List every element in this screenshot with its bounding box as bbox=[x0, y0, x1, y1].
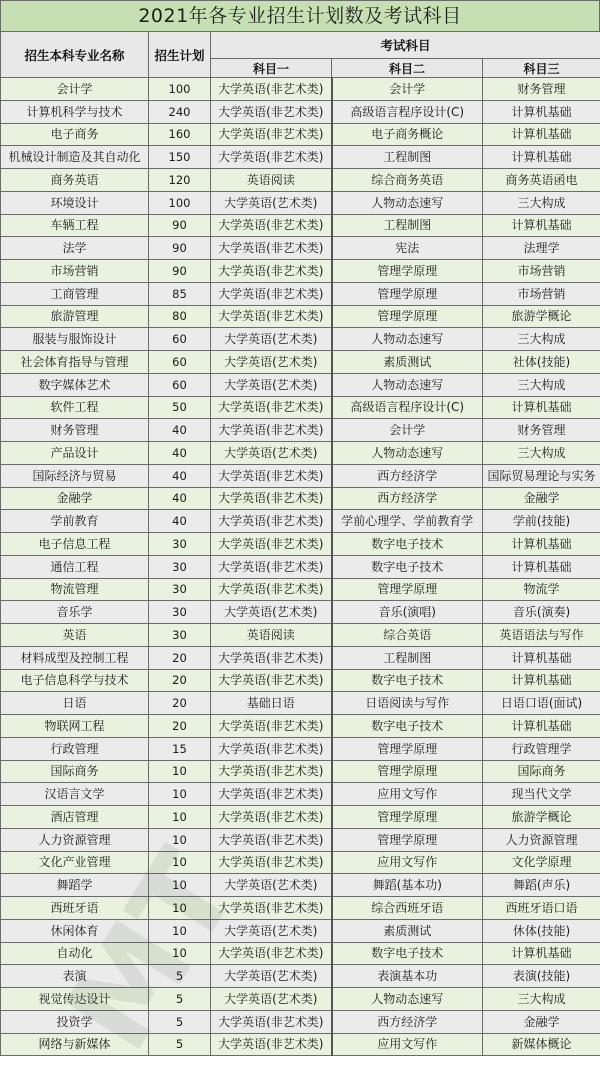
cell-plan: 20 bbox=[149, 646, 211, 669]
cell-subject-2: 数字电子技术 bbox=[332, 669, 483, 692]
cell-subject-1: 大学英语(非艺术类) bbox=[211, 214, 332, 237]
cell-subject-2: 人物动态速写 bbox=[332, 442, 483, 465]
table-row: 人力资源管理10大学英语(非艺术类)管理学原理人力资源管理 bbox=[1, 828, 600, 851]
cell-subject-1: 大学英语(非艺术类) bbox=[211, 669, 332, 692]
cell-subject-2: 管理学原理 bbox=[332, 305, 483, 328]
cell-subject-3: 休体(技能) bbox=[483, 919, 600, 942]
cell-major: 市场营销 bbox=[1, 260, 149, 283]
cell-subject-1: 大学英语(非艺术类) bbox=[211, 305, 332, 328]
cell-subject-2: 工程制图 bbox=[332, 146, 483, 169]
cell-subject-3: 市场营销 bbox=[483, 282, 600, 305]
cell-subject-1: 大学英语(非艺术类) bbox=[211, 646, 332, 669]
cell-major: 物流管理 bbox=[1, 578, 149, 601]
cell-subject-1: 大学英语(艺术类) bbox=[211, 442, 332, 465]
cell-major: 自动化 bbox=[1, 942, 149, 965]
cell-plan: 40 bbox=[149, 510, 211, 533]
cell-major: 电子商务 bbox=[1, 123, 149, 146]
table-row: 音乐学30大学英语(艺术类)音乐(演唱)音乐(演奏) bbox=[1, 601, 600, 624]
table-row: 文化产业管理10大学英语(非艺术类)应用文写作文化学原理 bbox=[1, 851, 600, 874]
cell-plan: 150 bbox=[149, 146, 211, 169]
cell-subject-3: 市场营销 bbox=[483, 260, 600, 283]
cell-subject-2: 综合商务英语 bbox=[332, 169, 483, 192]
cell-plan: 160 bbox=[149, 123, 211, 146]
table-row: 材料成型及控制工程20大学英语(非艺术类)工程制图计算机基础 bbox=[1, 646, 600, 669]
cell-subject-1: 大学英语(艺术类) bbox=[211, 988, 332, 1011]
cell-subject-1: 大学英语(非艺术类) bbox=[211, 487, 332, 510]
cell-major: 汉语言文学 bbox=[1, 783, 149, 806]
cell-major: 社会体育指导与管理 bbox=[1, 351, 149, 374]
cell-plan: 60 bbox=[149, 351, 211, 374]
table-row: 软件工程50大学英语(非艺术类)高级语言程序设计(C)计算机基础 bbox=[1, 396, 600, 419]
cell-subject-3: 三大构成 bbox=[483, 442, 600, 465]
cell-plan: 100 bbox=[149, 191, 211, 214]
cell-subject-3: 文化学原理 bbox=[483, 851, 600, 874]
cell-major: 电子信息科学与技术 bbox=[1, 669, 149, 692]
cell-subject-3: 计算机基础 bbox=[483, 555, 600, 578]
cell-subject-3: 国际商务 bbox=[483, 760, 600, 783]
cell-major: 车辆工程 bbox=[1, 214, 149, 237]
cell-subject-2: 素质测试 bbox=[332, 919, 483, 942]
cell-subject-3: 计算机基础 bbox=[483, 942, 600, 965]
table-row: 行政管理15大学英语(非艺术类)管理学原理行政管理学 bbox=[1, 737, 600, 760]
table-body: 会计学100大学英语(非艺术类)会计学财务管理计算机科学与技术240大学英语(非… bbox=[1, 78, 600, 1056]
cell-plan: 10 bbox=[149, 874, 211, 897]
cell-subject-2: 数字电子技术 bbox=[332, 715, 483, 738]
cell-subject-3: 计算机基础 bbox=[483, 646, 600, 669]
cell-subject-1: 大学英语(非艺术类) bbox=[211, 282, 332, 305]
cell-subject-1: 大学英语(非艺术类) bbox=[211, 851, 332, 874]
cell-subject-2: 宪法 bbox=[332, 237, 483, 260]
cell-subject-3: 计算机基础 bbox=[483, 715, 600, 738]
cell-subject-1: 大学英语(非艺术类) bbox=[211, 897, 332, 920]
cell-subject-3: 旅游学概论 bbox=[483, 806, 600, 829]
cell-subject-3: 金融学 bbox=[483, 487, 600, 510]
table-row: 社会体育指导与管理60大学英语(艺术类)素质测试社体(技能) bbox=[1, 351, 600, 374]
cell-major: 行政管理 bbox=[1, 737, 149, 760]
cell-subject-2: 数字电子技术 bbox=[332, 942, 483, 965]
cell-major: 投资学 bbox=[1, 1010, 149, 1033]
cell-major: 学前教育 bbox=[1, 510, 149, 533]
table-row: 学前教育40大学英语(非艺术类)学前心理学、学前教育学学前(技能) bbox=[1, 510, 600, 533]
cell-plan: 60 bbox=[149, 373, 211, 396]
cell-plan: 60 bbox=[149, 328, 211, 351]
table-row: 车辆工程90大学英语(非艺术类)工程制图计算机基础 bbox=[1, 214, 600, 237]
cell-subject-2: 西方经济学 bbox=[332, 464, 483, 487]
cell-plan: 40 bbox=[149, 464, 211, 487]
cell-subject-2: 西方经济学 bbox=[332, 487, 483, 510]
cell-major: 网络与新媒体 bbox=[1, 1033, 149, 1056]
cell-subject-1: 大学英语(非艺术类) bbox=[211, 806, 332, 829]
cell-subject-1: 大学英语(艺术类) bbox=[211, 191, 332, 214]
cell-subject-3: 行政管理学 bbox=[483, 737, 600, 760]
cell-subject-2: 舞蹈(基本功) bbox=[332, 874, 483, 897]
cell-subject-2: 学前心理学、学前教育学 bbox=[332, 510, 483, 533]
header-major: 招生本科专业名称 bbox=[1, 32, 149, 78]
cell-subject-2: 管理学原理 bbox=[332, 282, 483, 305]
cell-plan: 20 bbox=[149, 692, 211, 715]
cell-subject-1: 大学英语(非艺术类) bbox=[211, 1010, 332, 1033]
cell-subject-3: 音乐(演奏) bbox=[483, 601, 600, 624]
cell-major: 环境设计 bbox=[1, 191, 149, 214]
table-row: 视觉传达设计5大学英语(艺术类)人物动态速写三大构成 bbox=[1, 988, 600, 1011]
cell-subject-2: 人物动态速写 bbox=[332, 328, 483, 351]
cell-subject-1: 大学英语(艺术类) bbox=[211, 965, 332, 988]
cell-major: 计算机科学与技术 bbox=[1, 100, 149, 123]
cell-plan: 50 bbox=[149, 396, 211, 419]
cell-plan: 30 bbox=[149, 624, 211, 647]
cell-subject-1: 大学英语(非艺术类) bbox=[211, 737, 332, 760]
header-plan: 招生计划 bbox=[149, 32, 211, 78]
table-row: 会计学100大学英语(非艺术类)会计学财务管理 bbox=[1, 78, 600, 101]
cell-subject-3: 三大构成 bbox=[483, 191, 600, 214]
cell-plan: 20 bbox=[149, 715, 211, 738]
cell-subject-1: 大学英语(艺术类) bbox=[211, 874, 332, 897]
cell-major: 材料成型及控制工程 bbox=[1, 646, 149, 669]
cell-subject-1: 大学英语(非艺术类) bbox=[211, 464, 332, 487]
cell-subject-2: 数字电子技术 bbox=[332, 555, 483, 578]
table-header: 招生本科专业名称 招生计划 考试科目 科目一 科目二 科目三 bbox=[1, 32, 600, 78]
cell-subject-2: 管理学原理 bbox=[332, 260, 483, 283]
cell-subject-2: 高级语言程序设计(C) bbox=[332, 100, 483, 123]
cell-major: 物联网工程 bbox=[1, 715, 149, 738]
cell-subject-2: 管理学原理 bbox=[332, 828, 483, 851]
cell-subject-2: 音乐(演唱) bbox=[332, 601, 483, 624]
cell-plan: 20 bbox=[149, 669, 211, 692]
table-row: 环境设计100大学英语(艺术类)人物动态速写三大构成 bbox=[1, 191, 600, 214]
cell-subject-1: 大学英语(艺术类) bbox=[211, 919, 332, 942]
cell-subject-1: 大学英语(非艺术类) bbox=[211, 100, 332, 123]
cell-subject-3: 表演(技能) bbox=[483, 965, 600, 988]
cell-subject-3: 计算机基础 bbox=[483, 533, 600, 556]
cell-major: 工商管理 bbox=[1, 282, 149, 305]
table-row: 数字媒体艺术60大学英语(艺术类)人物动态速写三大构成 bbox=[1, 373, 600, 396]
cell-plan: 90 bbox=[149, 237, 211, 260]
cell-subject-3: 计算机基础 bbox=[483, 214, 600, 237]
cell-major: 舞蹈学 bbox=[1, 874, 149, 897]
table-row: 旅游管理80大学英语(非艺术类)管理学原理旅游学概论 bbox=[1, 305, 600, 328]
table-row: 服装与服饰设计60大学英语(艺术类)人物动态速写三大构成 bbox=[1, 328, 600, 351]
cell-plan: 40 bbox=[149, 419, 211, 442]
cell-subject-1: 大学英语(非艺术类) bbox=[211, 760, 332, 783]
cell-subject-3: 国际贸易理论与实务 bbox=[483, 464, 600, 487]
cell-subject-3: 日语口语(面试) bbox=[483, 692, 600, 715]
cell-subject-1: 大学英语(非艺术类) bbox=[211, 1033, 332, 1056]
table-row: 休闲体育10大学英语(艺术类)素质测试休体(技能) bbox=[1, 919, 600, 942]
cell-major: 酒店管理 bbox=[1, 806, 149, 829]
cell-subject-1: 大学英语(非艺术类) bbox=[211, 419, 332, 442]
cell-subject-2: 管理学原理 bbox=[332, 737, 483, 760]
cell-major: 文化产业管理 bbox=[1, 851, 149, 874]
page-title: 2021年各专业招生计划数及考试科目 bbox=[0, 0, 600, 31]
cell-subject-2: 西方经济学 bbox=[332, 1010, 483, 1033]
table-row: 工商管理85大学英语(非艺术类)管理学原理市场营销 bbox=[1, 282, 600, 305]
cell-subject-1: 大学英语(非艺术类) bbox=[211, 146, 332, 169]
cell-subject-2: 管理学原理 bbox=[332, 578, 483, 601]
cell-plan: 100 bbox=[149, 78, 211, 101]
cell-plan: 40 bbox=[149, 487, 211, 510]
cell-subject-2: 应用文写作 bbox=[332, 1033, 483, 1056]
cell-plan: 5 bbox=[149, 1033, 211, 1056]
cell-subject-1: 大学英语(非艺术类) bbox=[211, 555, 332, 578]
table-row: 日语20基础日语日语阅读与写作日语口语(面试) bbox=[1, 692, 600, 715]
cell-subject-3: 三大构成 bbox=[483, 988, 600, 1011]
cell-major: 人力资源管理 bbox=[1, 828, 149, 851]
cell-subject-2: 数字电子技术 bbox=[332, 533, 483, 556]
cell-subject-3: 社体(技能) bbox=[483, 351, 600, 374]
cell-plan: 30 bbox=[149, 601, 211, 624]
cell-plan: 5 bbox=[149, 1010, 211, 1033]
cell-subject-3: 计算机基础 bbox=[483, 396, 600, 419]
cell-subject-2: 应用文写作 bbox=[332, 783, 483, 806]
cell-subject-3: 旅游学概论 bbox=[483, 305, 600, 328]
table-row: 英语30英语阅读综合英语英语语法与写作 bbox=[1, 624, 600, 647]
cell-subject-2: 综合英语 bbox=[332, 624, 483, 647]
cell-subject-3: 英语语法与写作 bbox=[483, 624, 600, 647]
cell-subject-3: 商务英语函电 bbox=[483, 169, 600, 192]
cell-subject-1: 大学英语(非艺术类) bbox=[211, 510, 332, 533]
table-row: 表演5大学英语(艺术类)表演基本功表演(技能) bbox=[1, 965, 600, 988]
cell-major: 软件工程 bbox=[1, 396, 149, 419]
cell-subject-1: 大学英语(非艺术类) bbox=[211, 78, 332, 101]
cell-subject-1: 大学英语(艺术类) bbox=[211, 351, 332, 374]
cell-subject-1: 大学英语(非艺术类) bbox=[211, 260, 332, 283]
header-subject-1: 科目一 bbox=[211, 59, 332, 78]
cell-subject-3: 计算机基础 bbox=[483, 123, 600, 146]
cell-major: 通信工程 bbox=[1, 555, 149, 578]
cell-subject-3: 现当代文学 bbox=[483, 783, 600, 806]
cell-plan: 10 bbox=[149, 851, 211, 874]
table-row: 电子信息工程30大学英语(非艺术类)数字电子技术计算机基础 bbox=[1, 533, 600, 556]
cell-subject-2: 应用文写作 bbox=[332, 851, 483, 874]
cell-major: 电子信息工程 bbox=[1, 533, 149, 556]
cell-plan: 5 bbox=[149, 965, 211, 988]
cell-plan: 40 bbox=[149, 442, 211, 465]
cell-major: 国际商务 bbox=[1, 760, 149, 783]
cell-subject-2: 表演基本功 bbox=[332, 965, 483, 988]
cell-plan: 30 bbox=[149, 578, 211, 601]
cell-major: 金融学 bbox=[1, 487, 149, 510]
cell-subject-2: 工程制图 bbox=[332, 646, 483, 669]
cell-major: 音乐学 bbox=[1, 601, 149, 624]
cell-subject-3: 财务管理 bbox=[483, 78, 600, 101]
cell-subject-1: 英语阅读 bbox=[211, 624, 332, 647]
header-exam-subjects: 考试科目 bbox=[211, 32, 600, 59]
table-row: 产品设计40大学英语(艺术类)人物动态速写三大构成 bbox=[1, 442, 600, 465]
cell-major: 产品设计 bbox=[1, 442, 149, 465]
table-row: 物流管理30大学英语(非艺术类)管理学原理物流学 bbox=[1, 578, 600, 601]
cell-major: 旅游管理 bbox=[1, 305, 149, 328]
cell-subject-2: 人物动态速写 bbox=[332, 373, 483, 396]
cell-subject-1: 大学英语(非艺术类) bbox=[211, 578, 332, 601]
cell-subject-2: 电子商务概论 bbox=[332, 123, 483, 146]
cell-subject-2: 会计学 bbox=[332, 419, 483, 442]
cell-subject-3: 新媒体概论 bbox=[483, 1033, 600, 1056]
cell-subject-1: 大学英语(非艺术类) bbox=[211, 123, 332, 146]
cell-subject-1: 大学英语(非艺术类) bbox=[211, 396, 332, 419]
cell-subject-2: 工程制图 bbox=[332, 214, 483, 237]
table-row: 法学90大学英语(非艺术类)宪法法理学 bbox=[1, 237, 600, 260]
cell-plan: 15 bbox=[149, 737, 211, 760]
cell-major: 日语 bbox=[1, 692, 149, 715]
cell-subject-3: 计算机基础 bbox=[483, 100, 600, 123]
table-row: 电子商务160大学英语(非艺术类)电子商务概论计算机基础 bbox=[1, 123, 600, 146]
cell-subject-2: 会计学 bbox=[332, 78, 483, 101]
cell-plan: 10 bbox=[149, 806, 211, 829]
cell-subject-3: 法理学 bbox=[483, 237, 600, 260]
cell-subject-3: 三大构成 bbox=[483, 328, 600, 351]
cell-major: 服装与服饰设计 bbox=[1, 328, 149, 351]
table-row: 金融学40大学英语(非艺术类)西方经济学金融学 bbox=[1, 487, 600, 510]
table-row: 机械设计制造及其自动化150大学英语(非艺术类)工程制图计算机基础 bbox=[1, 146, 600, 169]
table-row: 投资学5大学英语(非艺术类)西方经济学金融学 bbox=[1, 1010, 600, 1033]
cell-major: 会计学 bbox=[1, 78, 149, 101]
cell-subject-1: 大学英语(艺术类) bbox=[211, 373, 332, 396]
cell-plan: 240 bbox=[149, 100, 211, 123]
cell-plan: 80 bbox=[149, 305, 211, 328]
table-row: 国际商务10大学英语(非艺术类)管理学原理国际商务 bbox=[1, 760, 600, 783]
cell-plan: 5 bbox=[149, 988, 211, 1011]
cell-plan: 10 bbox=[149, 919, 211, 942]
cell-subject-3: 人力资源管理 bbox=[483, 828, 600, 851]
cell-subject-1: 大学英语(艺术类) bbox=[211, 601, 332, 624]
cell-plan: 10 bbox=[149, 760, 211, 783]
cell-subject-2: 综合西班牙语 bbox=[332, 897, 483, 920]
cell-plan: 10 bbox=[149, 942, 211, 965]
cell-major: 数字媒体艺术 bbox=[1, 373, 149, 396]
cell-subject-2: 高级语言程序设计(C) bbox=[332, 396, 483, 419]
table-row: 财务管理40大学英语(非艺术类)会计学财务管理 bbox=[1, 419, 600, 442]
table-row: 舞蹈学10大学英语(艺术类)舞蹈(基本功)舞蹈(声乐) bbox=[1, 874, 600, 897]
cell-major: 机械设计制造及其自动化 bbox=[1, 146, 149, 169]
cell-subject-1: 大学英语(艺术类) bbox=[211, 328, 332, 351]
cell-subject-1: 英语阅读 bbox=[211, 169, 332, 192]
cell-plan: 10 bbox=[149, 828, 211, 851]
cell-subject-1: 大学英语(非艺术类) bbox=[211, 942, 332, 965]
cell-subject-2: 管理学原理 bbox=[332, 806, 483, 829]
table-row: 国际经济与贸易40大学英语(非艺术类)西方经济学国际贸易理论与实务 bbox=[1, 464, 600, 487]
header-subject-3: 科目三 bbox=[483, 59, 600, 78]
table-row: 电子信息科学与技术20大学英语(非艺术类)数字电子技术计算机基础 bbox=[1, 669, 600, 692]
cell-subject-3: 物流学 bbox=[483, 578, 600, 601]
table-row: 商务英语120英语阅读综合商务英语商务英语函电 bbox=[1, 169, 600, 192]
cell-plan: 10 bbox=[149, 897, 211, 920]
cell-plan: 120 bbox=[149, 169, 211, 192]
cell-subject-2: 人物动态速写 bbox=[332, 191, 483, 214]
cell-plan: 30 bbox=[149, 555, 211, 578]
cell-subject-2: 素质测试 bbox=[332, 351, 483, 374]
cell-subject-1: 大学英语(非艺术类) bbox=[211, 828, 332, 851]
table-row: 计算机科学与技术240大学英语(非艺术类)高级语言程序设计(C)计算机基础 bbox=[1, 100, 600, 123]
cell-subject-1: 大学英语(非艺术类) bbox=[211, 715, 332, 738]
enrollment-table: 招生本科专业名称 招生计划 考试科目 科目一 科目二 科目三 会计学100大学英… bbox=[0, 31, 600, 1056]
cell-major: 表演 bbox=[1, 965, 149, 988]
cell-major: 西班牙语 bbox=[1, 897, 149, 920]
header-subject-2: 科目二 bbox=[332, 59, 483, 78]
cell-plan: 30 bbox=[149, 533, 211, 556]
cell-major: 视觉传达设计 bbox=[1, 988, 149, 1011]
table-row: 网络与新媒体5大学英语(非艺术类)应用文写作新媒体概论 bbox=[1, 1033, 600, 1056]
cell-subject-3: 三大构成 bbox=[483, 373, 600, 396]
cell-plan: 90 bbox=[149, 260, 211, 283]
cell-subject-1: 基础日语 bbox=[211, 692, 332, 715]
table-row: 汉语言文学10大学英语(非艺术类)应用文写作现当代文学 bbox=[1, 783, 600, 806]
cell-major: 商务英语 bbox=[1, 169, 149, 192]
cell-plan: 10 bbox=[149, 783, 211, 806]
cell-major: 英语 bbox=[1, 624, 149, 647]
table-row: 酒店管理10大学英语(非艺术类)管理学原理旅游学概论 bbox=[1, 806, 600, 829]
table-row: 市场营销90大学英语(非艺术类)管理学原理市场营销 bbox=[1, 260, 600, 283]
cell-subject-3: 舞蹈(声乐) bbox=[483, 874, 600, 897]
cell-subject-3: 学前(技能) bbox=[483, 510, 600, 533]
cell-subject-3: 金融学 bbox=[483, 1010, 600, 1033]
cell-major: 法学 bbox=[1, 237, 149, 260]
cell-subject-3: 计算机基础 bbox=[483, 146, 600, 169]
cell-subject-3: 财务管理 bbox=[483, 419, 600, 442]
cell-plan: 90 bbox=[149, 214, 211, 237]
table-row: 西班牙语10大学英语(非艺术类)综合西班牙语西班牙语口语 bbox=[1, 897, 600, 920]
cell-subject-1: 大学英语(非艺术类) bbox=[211, 783, 332, 806]
cell-subject-3: 西班牙语口语 bbox=[483, 897, 600, 920]
table-row: 自动化10大学英语(非艺术类)数字电子技术计算机基础 bbox=[1, 942, 600, 965]
cell-major: 国际经济与贸易 bbox=[1, 464, 149, 487]
cell-major: 财务管理 bbox=[1, 419, 149, 442]
cell-major: 休闲体育 bbox=[1, 919, 149, 942]
table-row: 物联网工程20大学英语(非艺术类)数字电子技术计算机基础 bbox=[1, 715, 600, 738]
cell-subject-1: 大学英语(非艺术类) bbox=[211, 533, 332, 556]
cell-subject-2: 日语阅读与写作 bbox=[332, 692, 483, 715]
cell-subject-3: 计算机基础 bbox=[483, 669, 600, 692]
cell-plan: 85 bbox=[149, 282, 211, 305]
cell-subject-2: 人物动态速写 bbox=[332, 988, 483, 1011]
table-row: 通信工程30大学英语(非艺术类)数字电子技术计算机基础 bbox=[1, 555, 600, 578]
cell-subject-1: 大学英语(非艺术类) bbox=[211, 237, 332, 260]
cell-subject-2: 管理学原理 bbox=[332, 760, 483, 783]
